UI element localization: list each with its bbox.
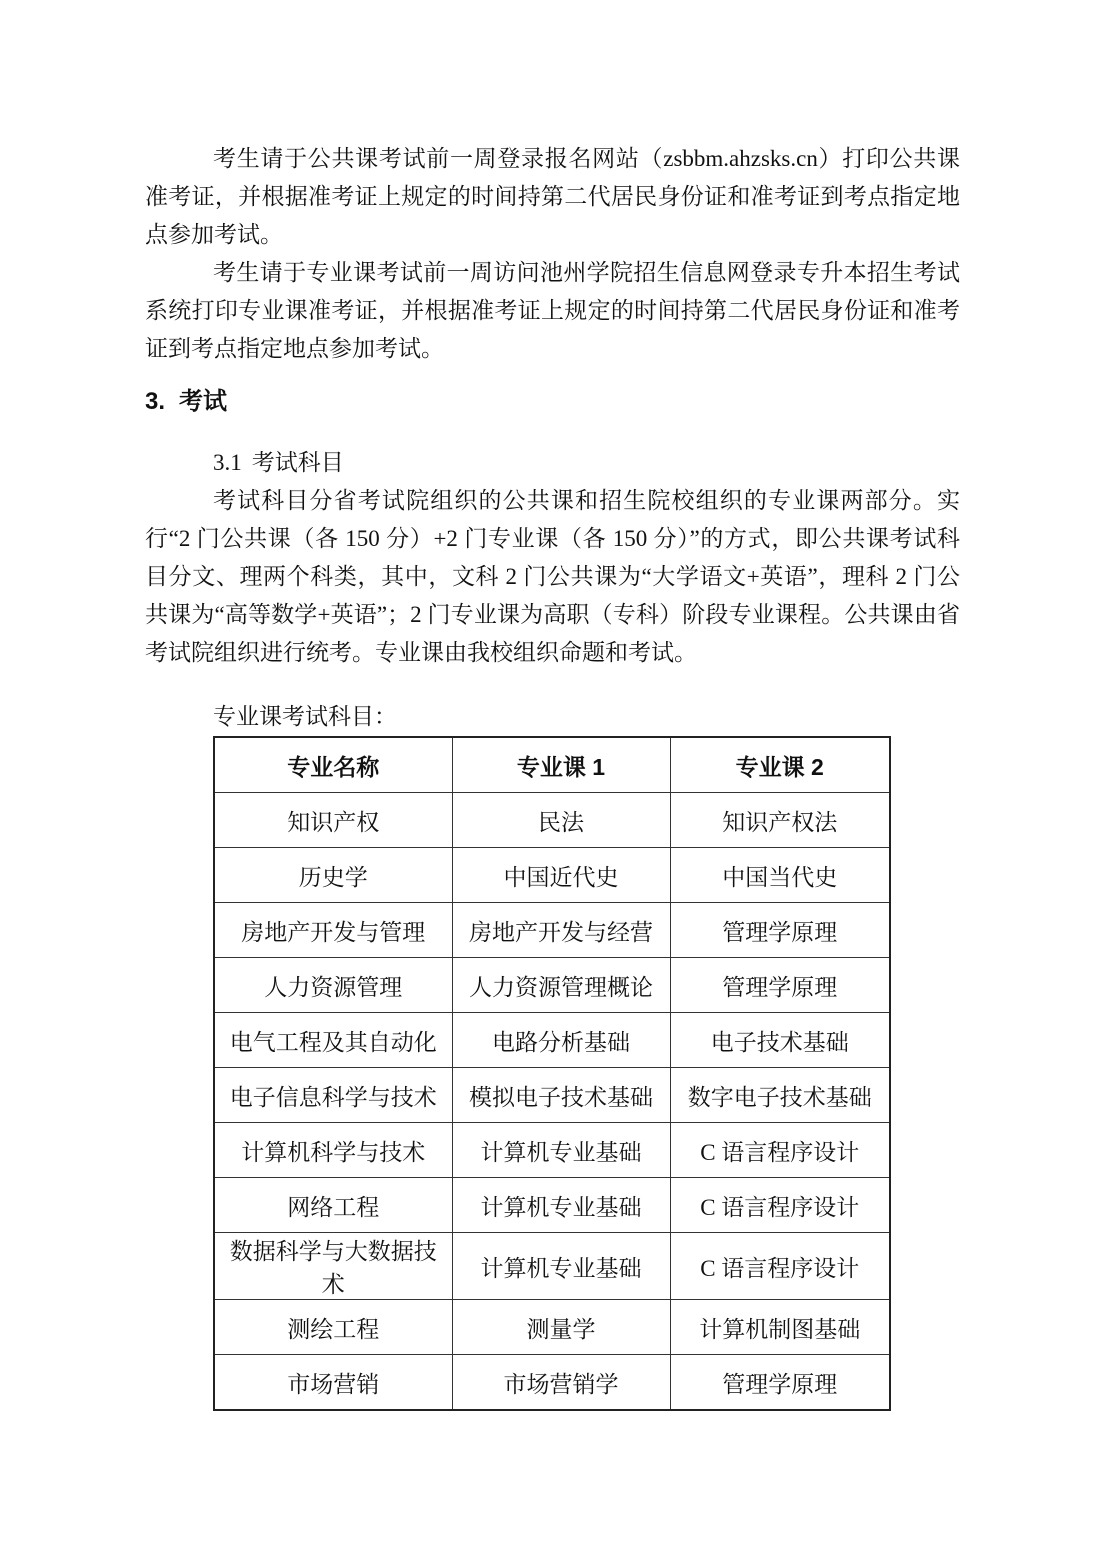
table-cell: 市场营销 xyxy=(214,1355,452,1411)
table-cell: 民法 xyxy=(452,793,670,848)
table-cell: C 语言程序设计 xyxy=(670,1233,890,1300)
table-cell: 数字电子技术基础 xyxy=(670,1068,890,1123)
table-cell: 中国近代史 xyxy=(452,848,670,903)
table-cell: 知识产权 xyxy=(214,793,452,848)
subsection-heading-exam-subjects: 3.1考试科目 xyxy=(145,444,960,482)
table-row: 房地产开发与管理 房地产开发与经营 管理学原理 xyxy=(214,903,890,958)
header-major-name: 专业名称 xyxy=(214,737,452,793)
table-cell: 电子信息科学与技术 xyxy=(214,1068,452,1123)
table-cell: 管理学原理 xyxy=(670,958,890,1013)
table-cell: 计算机科学与技术 xyxy=(214,1123,452,1178)
paragraph-public-course-ticket: 考生请于公共课考试前一周登录报名网站（zsbbm.ahzsks.cn）打印公共课… xyxy=(145,140,960,254)
table-cell: 管理学原理 xyxy=(670,1355,890,1411)
table-cell: C 语言程序设计 xyxy=(670,1178,890,1233)
subsection-number: 3.1 xyxy=(213,450,242,475)
table-cell: 历史学 xyxy=(214,848,452,903)
subjects-table: 专业名称 专业课 1 专业课 2 知识产权 民法 知识产权法 历史学 中国近代史… xyxy=(213,736,891,1411)
table-cell: 网络工程 xyxy=(214,1178,452,1233)
table-cell: 模拟电子技术基础 xyxy=(452,1068,670,1123)
header-major-course-2: 专业课 2 xyxy=(670,737,890,793)
paragraph-major-course-ticket: 考生请于专业课考试前一周访问池州学院招生信息网登录专升本招生考试系统打印专业课准… xyxy=(145,254,960,368)
table-row: 电气工程及其自动化 电路分析基础 电子技术基础 xyxy=(214,1013,890,1068)
table-cell: 计算机制图基础 xyxy=(670,1300,890,1355)
table-cell: 计算机专业基础 xyxy=(452,1178,670,1233)
table-row: 数据科学与大数据技术 计算机专业基础 C 语言程序设计 xyxy=(214,1233,890,1300)
table-cell: 人力资源管理 xyxy=(214,958,452,1013)
table-cell: 市场营销学 xyxy=(452,1355,670,1411)
section-number: 3. xyxy=(145,388,165,415)
table-row: 人力资源管理 人力资源管理概论 管理学原理 xyxy=(214,958,890,1013)
table-cell: 房地产开发与经营 xyxy=(452,903,670,958)
table-cell: 数据科学与大数据技术 xyxy=(214,1233,452,1300)
paragraph-exam-structure: 考试科目分省考试院组织的公共课和招生院校组织的专业课两部分。实行“2 门公共课（… xyxy=(145,482,960,672)
table-row: 历史学 中国近代史 中国当代史 xyxy=(214,848,890,903)
table-header-row: 专业名称 专业课 1 专业课 2 xyxy=(214,737,890,793)
table-cell: 管理学原理 xyxy=(670,903,890,958)
table-cell: 知识产权法 xyxy=(670,793,890,848)
table-cell: 人力资源管理概论 xyxy=(452,958,670,1013)
table-row: 知识产权 民法 知识产权法 xyxy=(214,793,890,848)
table-row: 市场营销 市场营销学 管理学原理 xyxy=(214,1355,890,1411)
table-cell: 房地产开发与管理 xyxy=(214,903,452,958)
table-cell: 中国当代史 xyxy=(670,848,890,903)
table-row: 计算机科学与技术 计算机专业基础 C 语言程序设计 xyxy=(214,1123,890,1178)
subsection-title: 考试科目 xyxy=(252,450,344,475)
table-cell: 计算机专业基础 xyxy=(452,1123,670,1178)
table-cell: 电路分析基础 xyxy=(452,1013,670,1068)
table-cell: 电气工程及其自动化 xyxy=(214,1013,452,1068)
table-label: 专业课考试科目： xyxy=(145,698,960,736)
document-page: 考生请于公共课考试前一周登录报名网站（zsbbm.ahzsks.cn）打印公共课… xyxy=(0,0,1102,1559)
table-row: 网络工程 计算机专业基础 C 语言程序设计 xyxy=(214,1178,890,1233)
table-row: 电子信息科学与技术 模拟电子技术基础 数字电子技术基础 xyxy=(214,1068,890,1123)
table-cell: C 语言程序设计 xyxy=(670,1123,890,1178)
table-cell: 测量学 xyxy=(452,1300,670,1355)
section-title: 考试 xyxy=(179,388,227,415)
table-cell: 测绘工程 xyxy=(214,1300,452,1355)
table-cell: 计算机专业基础 xyxy=(452,1233,670,1300)
header-major-course-1: 专业课 1 xyxy=(452,737,670,793)
section-heading-exam: 3.考试 xyxy=(145,382,960,422)
table-row: 测绘工程 测量学 计算机制图基础 xyxy=(214,1300,890,1355)
table-cell: 电子技术基础 xyxy=(670,1013,890,1068)
